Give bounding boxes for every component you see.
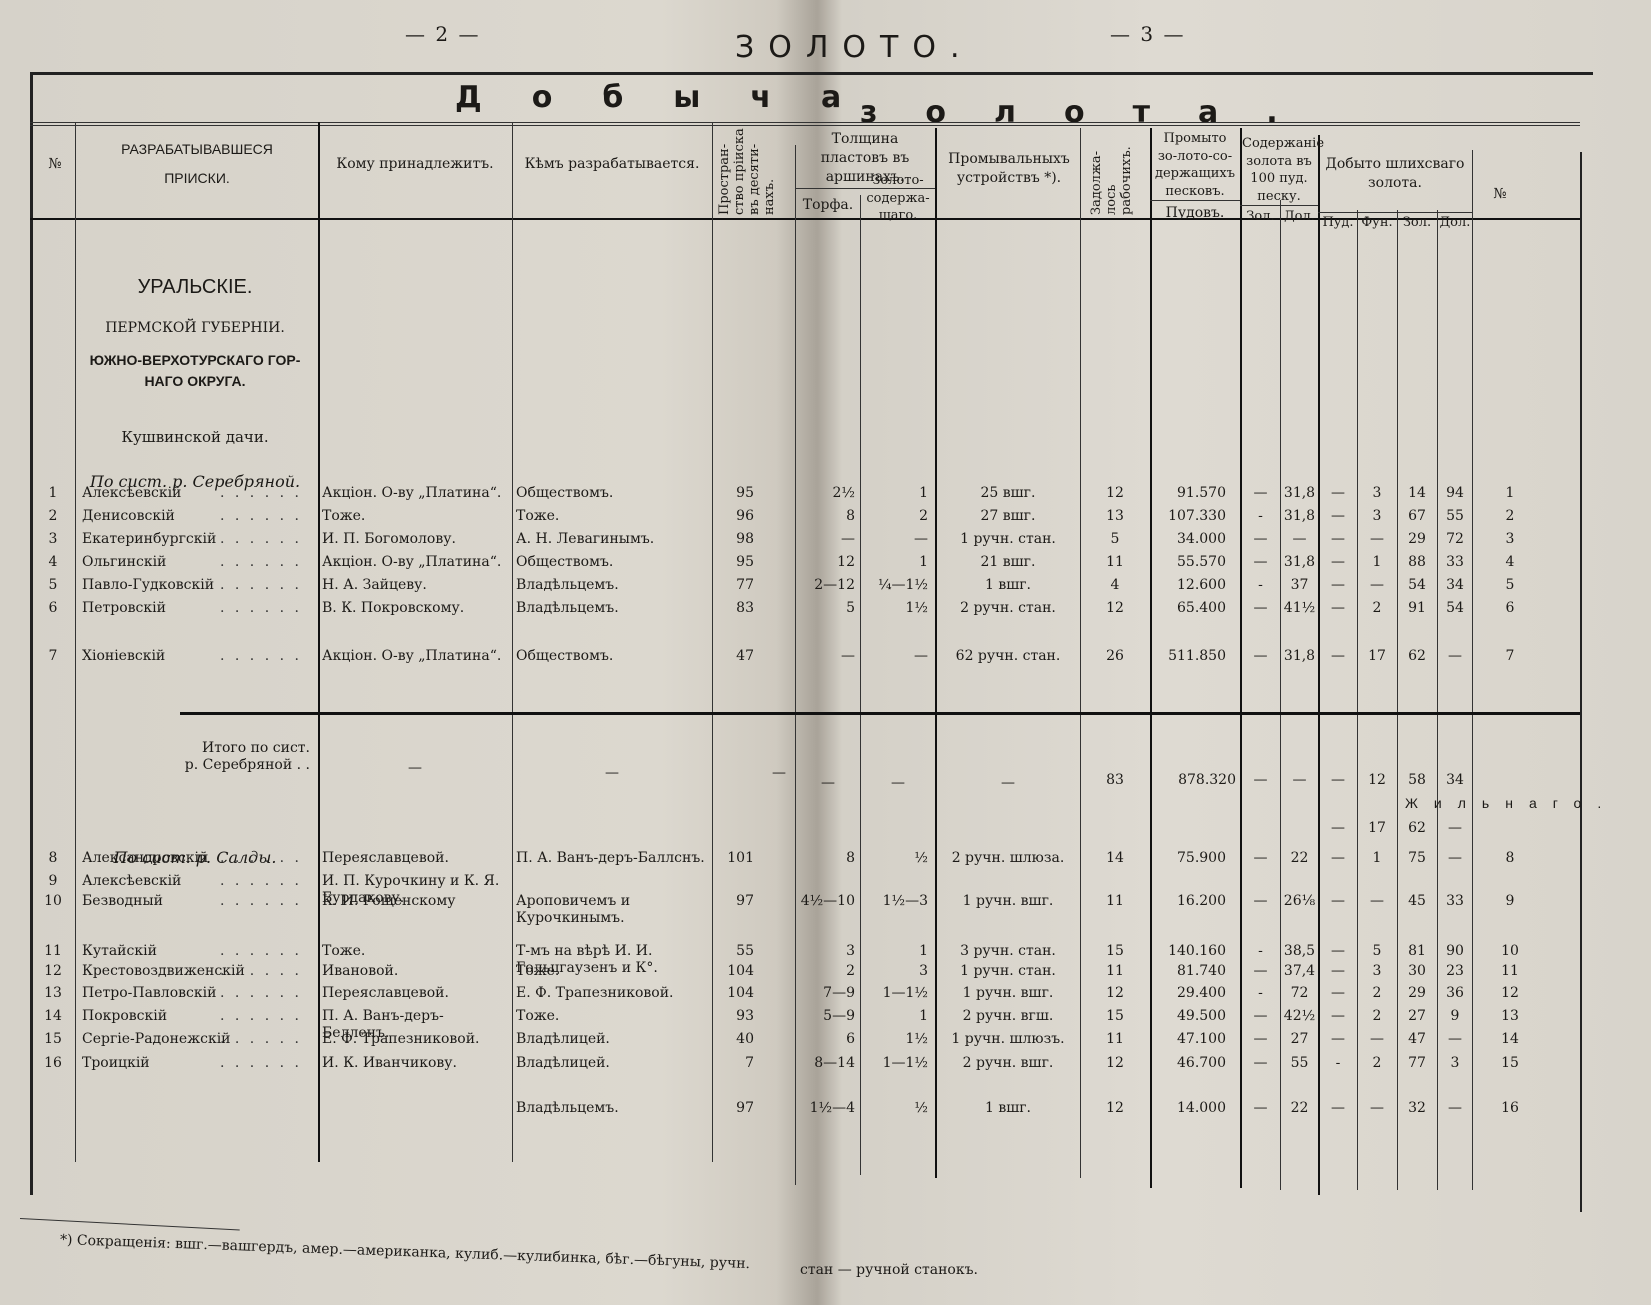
mined-zol-cell: 67 [1398,508,1436,525]
worker-cell: Владѣльцемъ. [516,600,710,617]
mined-pud-cell: — [1319,985,1357,1002]
row-number: 16 [38,1055,68,1072]
row-number-right: 11 [1490,963,1530,980]
mined-dol-cell: — [1438,648,1472,665]
mined-zol-cell: 91 [1398,600,1436,617]
header-no-right: № [1480,185,1520,204]
mined-zol-cell: 62 [1398,648,1436,665]
row-number-right: 5 [1490,577,1530,594]
table-frame-right [1580,152,1582,1212]
workers-cell: 12 [1082,985,1148,1002]
row-number: 14 [38,1008,68,1025]
mined-zol-cell: 27 [1398,1008,1436,1025]
section-district: ЮЖНО-ВЕРХОТУРСКАГО ГОР- НАГО ОКРУГА. [80,352,310,389]
washed-cell: 75.900 [1152,850,1226,867]
washed-cell: 16.200 [1152,893,1226,910]
leader-dots: . . . . . . . . [220,508,310,524]
leader-dots: . . . . . . . . [220,943,310,959]
content-zol-cell: — [1242,485,1279,502]
row-number-right: 3 [1490,531,1530,548]
header-washing: Промывальныхъ устройствъ *). [940,150,1078,188]
total-mz: 58 [1398,772,1436,788]
content-dol-cell: 37 [1281,577,1318,594]
turf-thickness-cell: 4½—10 [797,893,855,910]
content-dol-cell: — [1281,531,1318,548]
mined-dol-cell: 3 [1438,1055,1472,1072]
content-zol-cell: — [1242,963,1279,980]
row-number-right: 6 [1490,600,1530,617]
col-line [75,122,76,1162]
workers-cell: 11 [1082,963,1148,980]
workers-cell: 26 [1082,648,1148,665]
header-content: Содержаніе золота въ 100 пуд. песку. [1242,135,1316,205]
row-number-right: 2 [1490,508,1530,525]
gold-thickness-cell: 1 [862,1008,928,1025]
row-number: 6 [38,600,68,617]
gold-thickness-cell: ½ [862,1100,928,1117]
mined-fun-cell: — [1358,577,1396,594]
mined-dol-cell: 9 [1438,1008,1472,1025]
washed-cell: 12.600 [1152,577,1226,594]
header-worker: Кѣмъ разрабатывается. [514,155,710,174]
washed-cell: 47.100 [1152,1031,1226,1048]
gold-thickness-cell: 1½ [862,600,928,617]
header-gold-bearing: Золото-содержа-щаго. [862,172,934,225]
washing-cell: 1 ручн. вшг. [937,893,1079,910]
content-zol-cell: — [1242,1055,1279,1072]
worker-cell: Тоже. [516,1008,710,1025]
washed-cell: 55.570 [1152,554,1226,571]
workers-cell: 15 [1082,1008,1148,1025]
content-dol-cell: 22 [1281,850,1318,867]
washing-cell: 27 вшг. [937,508,1079,525]
row-number-right: 15 [1490,1055,1530,1072]
leader-dots: . . . . . . . . [220,873,310,889]
leader-dots: . . . . . . . . [220,600,310,616]
mined-pud-cell: — [1319,850,1357,867]
mined-pud-cell: - [1319,1055,1357,1072]
workers-cell: 15 [1082,943,1148,960]
mined-fun-cell: 2 [1358,1008,1396,1025]
area-cell: 77 [714,577,754,594]
col-line [860,195,861,1175]
mined-zol-cell: 54 [1398,577,1436,594]
washing-cell: 2 ручн. вгш. [937,1008,1079,1025]
row-number-right: 9 [1490,893,1530,910]
mined-dol-cell: 36 [1438,985,1472,1002]
mined-pud-cell: — [1319,648,1357,665]
area-cell: 95 [714,485,754,502]
mined-fun-cell: — [1358,531,1396,548]
header-top-rule [30,122,1580,123]
section-province: ПЕРМСКОЙ ГУБЕРНІИ. [80,320,310,336]
header-mined-dol: Дол. [1438,214,1472,232]
mined-pud-cell: — [1319,485,1357,502]
area-cell: 95 [714,554,754,571]
header-mine-line1: РАЗРАБАТЫВАВШЕСЯ [78,140,316,159]
washing-cell: 1 вшг. [937,577,1079,594]
owner-cell: К. И. Рощенскому [322,893,510,910]
worker-cell: Е. Ф. Трапезниковой. [516,985,710,1002]
total-vein-md: — [1438,820,1472,836]
mined-fun-cell: 3 [1358,485,1396,502]
mined-zol-cell: 32 [1398,1100,1436,1117]
mined-dol-cell: 23 [1438,963,1472,980]
leader-dots: . . . . . . . . [220,1008,310,1024]
col-line [318,122,320,1162]
washed-cell: 65.400 [1152,600,1226,617]
col-line [1080,128,1081,1178]
content-dol-cell: 38,5 [1281,943,1318,960]
leader-dots: . . . . . . . . [220,985,310,1001]
area-cell: 104 [714,963,754,980]
mined-fun-cell: 5 [1358,943,1396,960]
mined-pud-cell: — [1319,554,1357,571]
row-number-right: 16 [1490,1100,1530,1117]
turf-thickness-cell: 5—9 [797,1008,855,1025]
content-dol-cell: 72 [1281,985,1318,1002]
owner-cell: Акціон. О-ву „Платина“. [322,648,510,665]
running-title: ЗОЛОТО. [735,30,974,65]
mined-dol-cell: 94 [1438,485,1472,502]
content-dol-cell: 31,8 [1281,485,1318,502]
washing-cell: 2 ручн. шлюза. [937,850,1079,867]
row-number: 13 [38,985,68,1002]
mined-dol-cell: 72 [1438,531,1472,548]
worker-cell: Тоже. [516,963,710,980]
mined-fun-cell: 2 [1358,600,1396,617]
area-cell: 97 [714,1100,754,1117]
header-sub-rule [1318,212,1472,213]
row-number: 5 [38,577,68,594]
turf-thickness-cell: 7—9 [797,985,855,1002]
mined-dol-cell: 54 [1438,600,1472,617]
workers-cell: 11 [1082,893,1148,910]
leader-dots: . . . . . . . . [220,893,310,909]
total-gold: — [862,775,934,791]
total-cd: — [1281,772,1318,788]
mined-zol-cell: 47 [1398,1031,1436,1048]
total-workers: 83 [1082,772,1148,788]
row-number: 2 [38,508,68,525]
mined-fun-cell: 1 [1358,554,1396,571]
mined-zol-cell: 30 [1398,963,1436,980]
gold-thickness-cell: ½ [862,850,928,867]
total-owner: — [320,760,510,776]
header-content-dol: Дол. [1281,208,1318,226]
leader-dots: . . . . . . . . [220,1055,310,1071]
content-dol-cell: 41½ [1281,600,1318,617]
leader-dots: . . . . . . . . [220,1031,310,1047]
workers-cell: 4 [1082,577,1148,594]
content-zol-cell: — [1242,893,1279,910]
turf-thickness-cell: 2 [797,963,855,980]
row-number-right: 4 [1490,554,1530,571]
workers-cell: 5 [1082,531,1148,548]
gold-thickness-cell: ¼—1½ [862,577,928,594]
row-number-right: 12 [1490,985,1530,1002]
worker-cell: Ароповичемъ и Курочкинымъ. [516,893,710,927]
area-cell: 104 [714,985,754,1002]
workers-cell: 11 [1082,554,1148,571]
row-number: 4 [38,554,68,571]
owner-cell: Переяславцевой. [322,850,510,867]
area-cell: 55 [714,943,754,960]
gold-thickness-cell: 1 [862,943,928,960]
turf-thickness-cell: — [797,531,855,548]
total-label-line1: Итого по сист. [160,740,310,757]
header-mined-pud: Пуд. [1319,214,1357,232]
mined-zol-cell: 29 [1398,985,1436,1002]
total-mf: 12 [1358,772,1396,788]
mined-dol-cell: 90 [1438,943,1472,960]
row-number: 11 [38,943,68,960]
workers-cell: 12 [1082,485,1148,502]
mined-dol-cell: — [1438,850,1472,867]
leader-dots: . . . . . . . . [220,485,310,501]
mined-fun-cell: 3 [1358,963,1396,980]
total-label: Итого по сист. р. Серебряной . . [160,740,310,774]
row-number-right: 14 [1490,1031,1530,1048]
footnote-right: стан — ручной станокъ. [800,1262,978,1278]
owner-cell: Ивановой. [322,963,510,980]
page-number-left: — 2 — [405,22,480,46]
workers-cell: 12 [1082,1055,1148,1072]
mined-dol-cell: — [1438,1031,1472,1048]
header-mined-fun: Фун. [1358,214,1396,232]
total-rule [180,712,1580,715]
mined-zol-cell: 88 [1398,554,1436,571]
gold-thickness-cell: 1 [862,485,928,502]
worker-cell: Владѣлицей. [516,1055,710,1072]
mined-fun-cell: — [1358,1031,1396,1048]
row-number: 3 [38,531,68,548]
content-zol-cell: - [1242,943,1279,960]
row-number: 12 [38,963,68,980]
content-zol-cell: — [1242,554,1279,571]
mined-zol-cell: 29 [1398,531,1436,548]
washed-cell: 140.160 [1152,943,1226,960]
worker-cell: Владѣлицей. [516,1031,710,1048]
total-turf: — [797,775,859,791]
mined-pud-cell: — [1319,963,1357,980]
washed-cell: 81.740 [1152,963,1226,980]
washed-cell: 14.000 [1152,1100,1226,1117]
mined-zol-cell: 77 [1398,1055,1436,1072]
section-dacha: Кушвинской дачи. [80,428,310,446]
workers-cell: 14 [1082,850,1148,867]
content-zol-cell: — [1242,1031,1279,1048]
header-mine: РАЗРАБАТЫВАВШЕСЯ ПРІИСКИ. [78,140,316,188]
turf-thickness-cell: 1½—4 [797,1100,855,1117]
gold-thickness-cell: 1 [862,554,928,571]
row-number: 9 [38,873,68,890]
owner-cell: И. К. Иванчикову. [322,1055,510,1072]
gold-thickness-cell: 1—1½ [862,985,928,1002]
section-district-line1: ЮЖНО-ВЕРХОТУРСКАГО ГОР- [80,352,310,368]
turf-thickness-cell: 8—14 [797,1055,855,1072]
mined-fun-cell: 1 [1358,850,1396,867]
mined-fun-cell: 17 [1358,648,1396,665]
leader-dots: . . . . . . . . [220,554,310,570]
total-washing: — [937,775,1079,791]
total-worker: — [514,765,710,781]
total-vein-mp: — [1319,820,1357,836]
header-mine-line2: ПРІИСКИ. [78,169,316,188]
content-zol-cell: - [1242,508,1279,525]
mined-pud-cell: — [1319,1008,1357,1025]
content-dol-cell: 55 [1281,1055,1318,1072]
banner-title-left: Добыча [455,80,891,115]
mined-dol-cell: 34 [1438,577,1472,594]
leader-dots: . . . . . . . . [220,850,310,866]
owner-cell: Н. А. Зайцеву. [322,577,510,594]
washing-cell: 21 вшг. [937,554,1079,571]
header-area: Простран-ство пріиска въ десяти-нахъ. [718,125,778,215]
leader-dots: . . . . . . . . [220,963,310,979]
gold-thickness-cell: 1½ [862,1031,928,1048]
workers-cell: 13 [1082,508,1148,525]
content-dol-cell: 27 [1281,1031,1318,1048]
header-mined: Добыто шлихсваго золота. [1320,155,1470,193]
washing-cell: 1 ручн. вшг. [937,985,1079,1002]
row-number-right: 8 [1490,850,1530,867]
table-frame [30,72,1593,1195]
content-zol-cell: — [1242,648,1279,665]
washed-cell: 49.500 [1152,1008,1226,1025]
washing-cell: 1 вшг. [937,1100,1079,1117]
content-dol-cell: 31,8 [1281,508,1318,525]
area-cell: 83 [714,600,754,617]
header-workers: Задолжа-лось рабочихъ. [1090,130,1140,215]
header-owner: Кому принадлежитъ. [320,155,510,174]
banner-title-right: золота. [860,95,1326,130]
area-cell: 98 [714,531,754,548]
section-region: УРАЛЬСКІЕ. [80,276,310,299]
washed-cell: 46.700 [1152,1055,1226,1072]
owner-cell: Переяславцевой. [322,985,510,1002]
gold-thickness-cell: — [862,531,928,548]
gold-thickness-cell: 3 [862,963,928,980]
turf-thickness-cell: 2½ [797,485,855,502]
washing-cell: 3 ручн. стан. [937,943,1079,960]
mined-fun-cell: — [1358,1100,1396,1117]
owner-cell: И. П. Богомолову. [322,531,510,548]
col-line [512,122,513,1162]
mined-pud-cell: — [1319,943,1357,960]
washed-cell: 91.570 [1152,485,1226,502]
turf-thickness-cell: 2—12 [797,577,855,594]
total-washed: 878.320 [1152,772,1236,788]
area-cell: 96 [714,508,754,525]
section-district-line2: НАГО ОКРУГА. [80,373,310,389]
turf-thickness-cell: 8 [797,850,855,867]
total-label-line2: р. Серебряной . . [160,757,310,774]
worker-cell: П. А. Ванъ-деръ-Баллснъ. [516,850,710,867]
content-dol-cell: 31,8 [1281,648,1318,665]
washing-cell: 2 ручн. стан. [937,600,1079,617]
washing-cell: 2 ручн. вшг. [937,1055,1079,1072]
row-number: 8 [38,850,68,867]
content-dol-cell: 37,4 [1281,963,1318,980]
washed-cell: 107.330 [1152,508,1226,525]
content-zol-cell: - [1242,577,1279,594]
mined-fun-cell: 2 [1358,985,1396,1002]
owner-cell: Е. Ф. Трапезниковой. [322,1031,510,1048]
mined-pud-cell: — [1319,531,1357,548]
total-md: 34 [1438,772,1472,788]
row-number: 15 [38,1031,68,1048]
washing-cell: 25 вшг. [937,485,1079,502]
area-cell: 40 [714,1031,754,1048]
leader-dots: . . . . . . . . [220,648,310,664]
area-cell: 93 [714,1008,754,1025]
washed-cell: 29.400 [1152,985,1226,1002]
content-zol-cell: — [1242,1100,1279,1117]
row-number-right: 1 [1490,485,1530,502]
row-number: 7 [38,648,68,665]
owner-cell: Тоже. [322,943,510,960]
workers-cell: 12 [1082,1100,1148,1117]
total-vein-mz: 62 [1398,820,1436,836]
owner-cell: Тоже. [322,508,510,525]
worker-cell: Обществомъ. [516,648,710,665]
workers-cell: 11 [1082,1031,1148,1048]
mined-dol-cell: — [1438,1100,1472,1117]
row-number-right: 10 [1490,943,1530,960]
area-cell: 97 [714,893,754,910]
washing-cell: 1 ручн. стан. [937,963,1079,980]
content-zol-cell: — [1242,531,1279,548]
washing-cell: 1 ручн. шлюзъ. [937,1031,1079,1048]
header-no: № [35,155,75,174]
content-dol-cell: 26⅛ [1281,893,1318,910]
turf-thickness-cell: — [797,648,855,665]
mined-pud-cell: — [1319,1031,1357,1048]
worker-cell: Владѣльцемъ. [516,1100,710,1117]
mined-fun-cell: 2 [1358,1055,1396,1072]
gold-thickness-cell: 1½—3 [862,893,928,910]
mined-zol-cell: 81 [1398,943,1436,960]
content-zol-cell: — [1242,600,1279,617]
header-content-zol: Зол. [1242,208,1279,226]
gold-thickness-cell: 1—1½ [862,1055,928,1072]
worker-cell: Обществомъ. [516,485,710,502]
content-zol-cell: — [1242,1008,1279,1025]
area-cell: 7 [714,1055,754,1072]
col-line [1472,150,1473,1190]
mined-pud-cell: — [1319,600,1357,617]
washed-cell: 511.850 [1152,648,1226,665]
content-zol-cell: — [1242,850,1279,867]
gold-thickness-cell: 2 [862,508,928,525]
col-line [712,122,713,1162]
mined-pud-cell: — [1319,893,1357,910]
mined-dol-cell: 33 [1438,893,1472,910]
gold-thickness-cell: — [862,648,928,665]
row-number-right: 13 [1490,1008,1530,1025]
leader-dots: . . . . . . . . [220,531,310,547]
total-area: — [714,765,786,781]
worker-cell: Тоже. [516,508,710,525]
turf-thickness-cell: 12 [797,554,855,571]
header-washed-unit: Пудовъ. [1152,204,1238,223]
leader-dots: . . . . . . . . [220,577,310,593]
col-line [795,145,796,1185]
row-number: 10 [38,893,68,910]
content-zol-cell: - [1242,985,1279,1002]
total-cz: — [1242,772,1279,788]
